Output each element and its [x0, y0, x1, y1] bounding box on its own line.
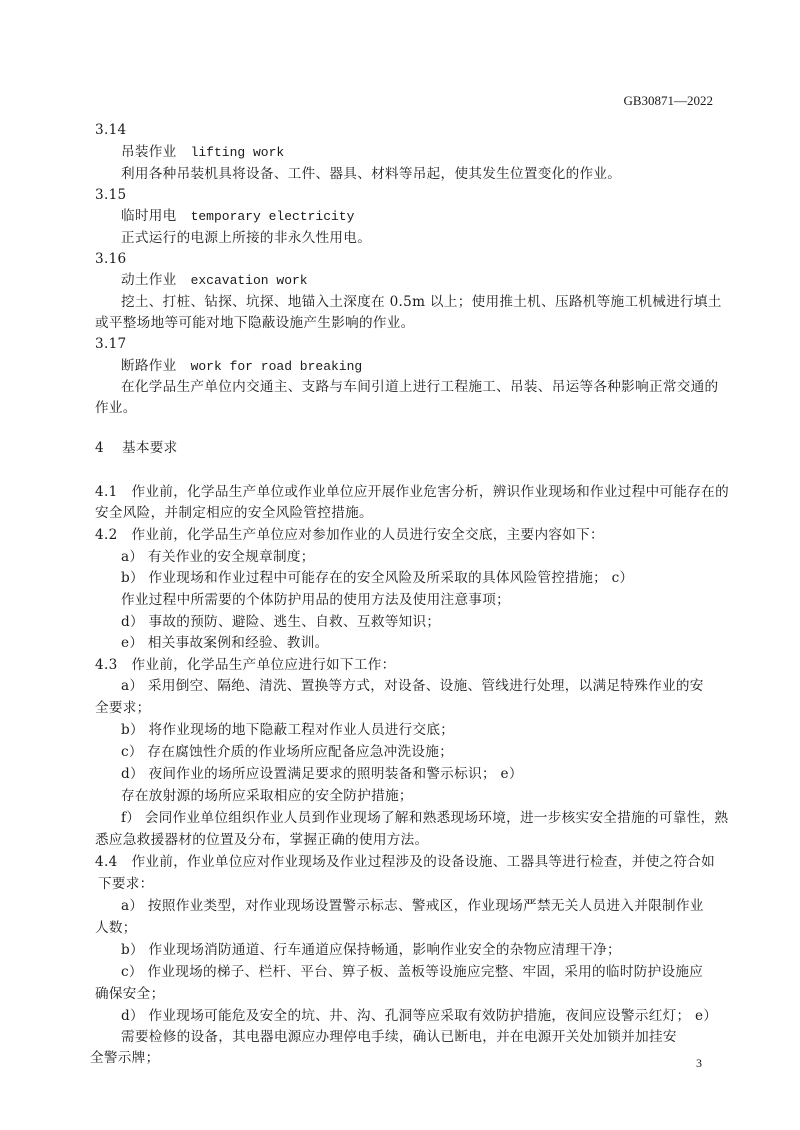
list-item-cont: 全警示牌； [90, 1049, 159, 1067]
list-item: e） 相关事故案例和经验、教训。 [121, 634, 328, 652]
term-title: 临时用电temporary electricity [121, 207, 354, 226]
clause-4-2: 4.2作业前，化学品生产单位应对参加作业的人员进行安全交底，主要内容如下： [95, 526, 604, 544]
list-item: f） 会同作业单位组织作业人员到作业现场了解和熟悉现场环境，进一步核实安全措施的… [121, 809, 728, 827]
term-number: 3.15 [95, 186, 126, 204]
standard-number-header: GB30871—2022 [623, 93, 713, 109]
section-number: 4 [95, 440, 104, 456]
page-number: 3 [696, 1056, 702, 1071]
term-en: work for road breaking [191, 359, 363, 374]
term-definition: 正式运行的电源上所接的非永久性用电。 [121, 229, 371, 247]
section-heading: 4基本要求 [95, 439, 178, 457]
clause-4-4: 4.4作业前，作业单位应对作业现场及作业过程涉及的设备设施、工器具等进行检查，并… [95, 853, 715, 871]
list-item: 存在放射源的场所应采取相应的安全防护措施； [121, 787, 413, 805]
list-item: d） 事故的预防、避险、逃生、自救、互救等知识； [121, 613, 440, 631]
term-zh: 断路作业 [121, 358, 177, 374]
list-item: a） 按照作业类型，对作业现场设置警示标志、警戒区，作业现场严禁无关人员进入并限… [121, 897, 704, 915]
term-title: 动土作业excavation work [121, 271, 308, 290]
list-item: c） 作业现场的梯子、栏杆、平台、箅子板、盖板等设施应完整、牢固，采用的临时防护… [121, 963, 703, 981]
clause-text-cont: 下要求： [98, 875, 154, 893]
term-definition-cont: 作业。 [95, 399, 137, 417]
clause-number: 4.2 [95, 527, 118, 543]
list-item: c） 存在腐蚀性介质的作业场所应配备应急冲洗设施； [121, 743, 453, 761]
list-item: 作业过程中所需要的个体防护用品的使用方法及使用注意事项； [121, 591, 510, 609]
clause-text: 作业前，化学品生产单位或作业单位应开展作业危害分析，辨识作业现场和作业过程中可能… [132, 484, 729, 500]
clause-4-3: 4.3作业前，化学品生产单位应进行如下工作： [95, 656, 396, 674]
term-definition: 挖土、打桩、钻探、坑探、地锚入土深度在 0.5m 以上；使用推土机、压路机等施工… [121, 293, 722, 311]
term-definition-cont: 或平整场地等可能对地下隐蔽设施产生影响的作业。 [95, 314, 415, 332]
term-zh: 吊装作业 [121, 144, 177, 160]
section-title: 基本要求 [122, 440, 178, 456]
term-definition: 在化学品生产单位内交通主、支路与车间引道上进行工程施工、吊装、吊运等各种影响正常… [121, 378, 718, 396]
list-item-cont: 悉应急救援器材的位置及分布，掌握正确的使用方法。 [95, 831, 428, 849]
clause-text: 作业前，化学品生产单位应对参加作业的人员进行安全交底，主要内容如下： [132, 527, 604, 543]
list-item: d） 作业现场可能危及安全的坑、井、沟、孔洞等应采取有效防护措施，夜间应设警示红… [121, 1007, 717, 1025]
list-item: b） 作业现场和作业过程中可能存在的安全风险及所采取的具体风险管控措施； c） [121, 569, 633, 587]
clause-number: 4.1 [95, 484, 118, 500]
term-en: excavation work [191, 273, 308, 288]
term-en: lifting work [191, 145, 285, 160]
clause-text: 作业前，作业单位应对作业现场及作业过程涉及的设备设施、工器具等进行检查，并使之符… [132, 854, 716, 870]
list-item-cont: 人数； [95, 919, 137, 937]
list-item-cont: 确保安全； [95, 985, 164, 1003]
term-definition: 利用各种吊装机具将设备、工件、器具、材料等吊起，使其发生位置变化的作业。 [121, 165, 621, 183]
clause-number: 4.4 [95, 854, 118, 870]
list-item: d） 夜间作业的场所应设置满足要求的照明装备和警示标识； e） [121, 765, 523, 783]
document-page: GB30871—2022 3.14 吊装作业lifting work 利用各种吊… [0, 0, 800, 1130]
clause-text-cont: 安全风险，并制定相应的安全风险管控措施。 [95, 504, 373, 522]
list-item: a） 采用倒空、隔绝、清洗、置换等方式，对设备、设施、管线进行处理，以满足特殊作… [121, 677, 704, 695]
term-title: 吊装作业lifting work [121, 143, 284, 162]
clause-number: 4.3 [95, 657, 118, 673]
list-item: b） 作业现场消防通道、行车通道应保持畅通，影响作业安全的杂物应清理干净； [121, 941, 621, 959]
term-zh: 动土作业 [121, 272, 177, 288]
list-item: 需要检修的设备，其电器电源应办理停电手续，确认已断电，并在电源开关处加锁并加挂安 [121, 1028, 677, 1046]
clause-4-1: 4.1作业前，化学品生产单位或作业单位应开展作业危害分析，辨识作业现场和作业过程… [95, 483, 729, 501]
list-item: b） 将作业现场的地下隐蔽工程对作业人员进行交底； [121, 721, 454, 739]
clause-text: 作业前，化学品生产单位应进行如下工作： [132, 657, 396, 673]
term-number: 3.17 [95, 335, 126, 353]
term-title: 断路作业work for road breaking [121, 357, 362, 376]
term-en: temporary electricity [191, 209, 355, 224]
list-item-cont: 全要求； [95, 699, 151, 717]
term-zh: 临时用电 [121, 208, 177, 224]
term-number: 3.14 [95, 121, 126, 139]
term-number: 3.16 [95, 250, 126, 268]
list-item: a） 有关作业的安全规章制度； [121, 548, 315, 566]
